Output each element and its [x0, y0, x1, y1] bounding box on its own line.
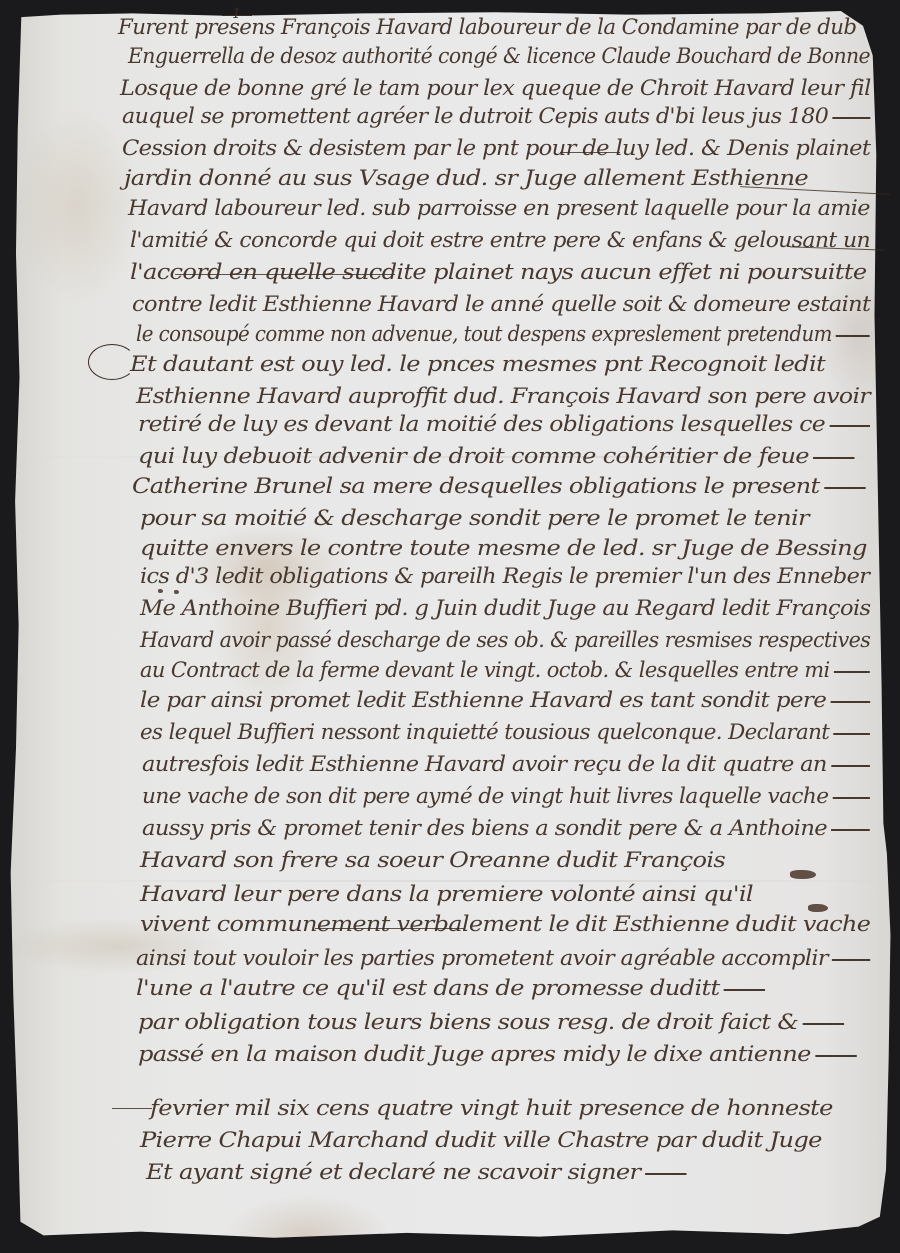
manuscript-line: autresfois ledit Esthienne Havard avoir … [142, 754, 870, 775]
strikethrough [315, 928, 465, 929]
manuscript-line: au Contract de la ferme devant le vingt.… [140, 660, 869, 681]
ink-blot [790, 870, 816, 879]
strikethrough [175, 274, 395, 275]
manuscript-line: qui luy debuoit advenir de droit comme c… [138, 446, 855, 467]
manuscript-line: Havard avoir passé descharge de ses ob. … [140, 630, 870, 651]
manuscript-line: fevrier mil six cens quatre vingt huit p… [150, 1098, 833, 1119]
ink-dot [158, 589, 163, 593]
manuscript-line: retiré de luy es devant la moitié des ob… [138, 414, 870, 435]
manuscript-line: Esthienne Havard auproffit dud. François… [136, 386, 870, 407]
manuscript-line: par obligation tous leurs biens sous res… [138, 1012, 844, 1033]
ink-dot [174, 590, 179, 594]
manuscript-line: ainsi tout vouloir les parties prometent… [136, 948, 870, 969]
manuscript-line: es lequel Buffieri nessont inquietté tou… [140, 722, 870, 743]
manuscript-line: contre ledit Esthienne Havard le anné qu… [132, 294, 870, 315]
ink-blot [808, 904, 828, 912]
manuscript-line: aussy pris & promet tenir des biens a so… [142, 818, 870, 839]
manuscript-line: l'une a l'autre ce qu'il est dans de pro… [136, 978, 766, 999]
manuscript-line: Furent presens François Havard laboureur… [118, 17, 870, 38]
manuscript-line: l'accord en quelle sucdite plainet nays … [130, 262, 866, 283]
manuscript-line: Catherine Brunel sa mere desquelles obli… [132, 476, 866, 497]
manuscript-line: Et dautant est ouy led. le pnces mesmes … [130, 354, 825, 375]
manuscript-line: quitte envers le contre toute mesme de l… [140, 538, 867, 559]
manuscript-line: passé en la maison dudit Juge apres midy… [138, 1044, 857, 1065]
manuscript-line: le consoupé comme non advenue, tout desp… [136, 324, 870, 345]
margin-flourish-icon [88, 344, 136, 380]
manuscript-line: Pierre Chapui Marchand dudit ville Chast… [140, 1130, 822, 1151]
manuscript-line: Havard laboureur led. sub parroisse en p… [128, 198, 870, 219]
manuscript-line: une vache de son dit pere aymé de vingt … [142, 786, 870, 807]
manuscript-line: jardin donné au sus Vsage dud. sr Juge a… [124, 168, 808, 189]
manuscript-line: pour sa moitié & descharge sondit pere l… [140, 508, 809, 529]
manuscript-line: Havard son frere sa soeur Oreanne dudit … [140, 850, 725, 871]
scanned-manuscript: 1 Furent presens François Havard laboure… [0, 0, 900, 1253]
manuscript-line: l'amitié & concorde qui doit estre entre… [130, 230, 870, 251]
manuscript-line: le par ainsi promet ledit Esthienne Hava… [140, 690, 870, 711]
manuscript-line: ics d'3 ledit obligations & pareilh Regi… [140, 566, 869, 587]
manuscript-line: Me Anthoine Buffieri pd. g Juin dudit Ju… [140, 598, 870, 619]
manuscript-line: Et ayant signé et declaré ne scavoir sig… [146, 1162, 686, 1183]
manuscript-line: Havard leur pere dans la premiere volont… [140, 884, 753, 905]
manuscript-line: Cession droits & desistem par le pnt pou… [122, 138, 870, 159]
manuscript-line: Enguerrella de desoz authorité congé & l… [128, 46, 870, 67]
manuscript-line: vivent communement verbalement le dit Es… [140, 914, 870, 935]
manuscript-line: auquel se promettent agréer le dutroit C… [122, 106, 870, 127]
strikethrough [560, 152, 620, 153]
manuscript-line: Losque de bonne gré le tam pour lex queq… [120, 78, 871, 99]
margin-stroke [112, 1108, 152, 1109]
